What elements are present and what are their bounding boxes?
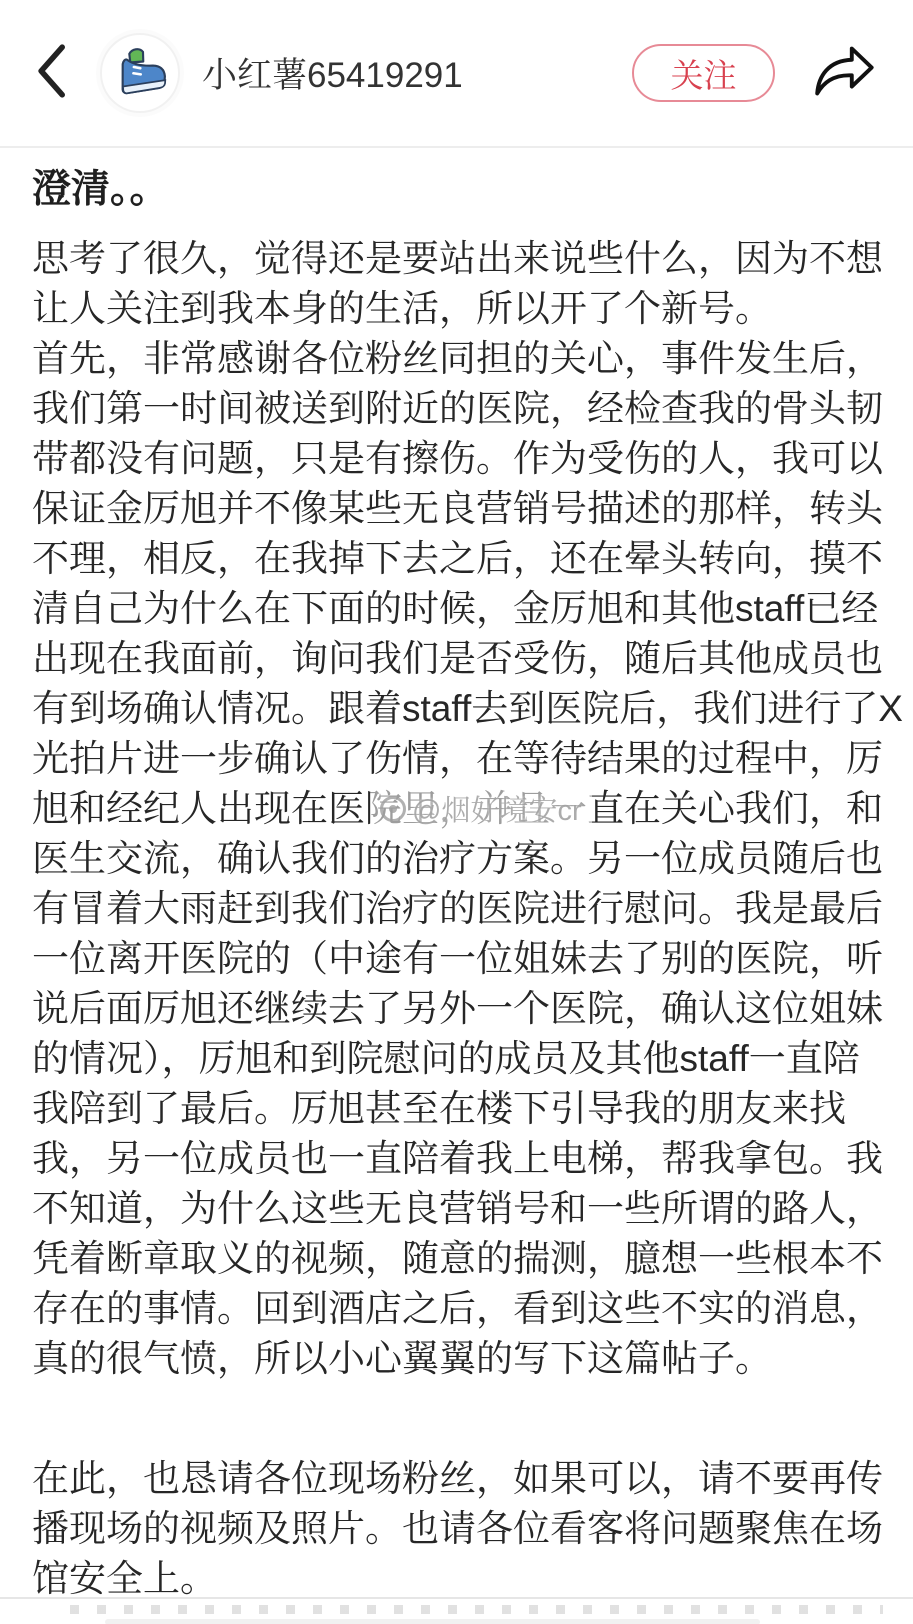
text-line: 保证金厉旭并不像某些无良营销号描述的那样，转头 (32, 484, 881, 534)
back-button[interactable] (34, 43, 78, 103)
text-line: 首先，非常感谢各位粉丝同担的关心，事件发生后， (32, 334, 881, 384)
text-line: 播现场的视频及照片。也请各位看客将问题聚焦在场 (32, 1504, 881, 1554)
sneaker-avatar-icon (109, 40, 171, 107)
text-line: 一位离开医院的（中途有一位姐妹去了别的医院，听 (32, 934, 881, 984)
follow-button[interactable]: 关注 (632, 44, 775, 102)
text-line: 说后面厉旭还继续去了另外一个医院，确认这位姐妹 (32, 984, 881, 1034)
text-line: 让人关注到我本身的生活，所以开了个新号。 (32, 284, 881, 334)
username[interactable]: 小红薯65419291 (202, 48, 463, 98)
text-line: 在此，也恳请各位现场粉丝，如果可以，请不要再传 (32, 1454, 881, 1504)
text-line: 思考了很久，觉得还是要站出来说些什么，因为不想 (32, 234, 881, 284)
text-line: 我，另一位成员也一直陪着我上电梯，帮我拿包。我 (32, 1134, 881, 1184)
chevron-left-icon (34, 43, 68, 104)
text-line: 不理，相反，在我掉下去之后，还在晕头转向，摸不 (32, 534, 881, 584)
post-paragraph-2: 在此，也恳请各位现场粉丝，如果可以，请不要再传 播现场的视频及照片。也请各位看客… (32, 1454, 881, 1604)
text-line: 凭着断章取义的视频，随意的揣测，臆想一些根本不 (32, 1234, 881, 1284)
xiaohongshu-post-page: 小红薯65419291 关注 澄清。。 思考了很久，觉得还是要站出来说些什么，因… (0, 0, 913, 1624)
text-line: 我陪到了最后。厉旭甚至在楼下引导我的朋友来找 (32, 1084, 881, 1134)
watermark: @烟好境安cr (370, 786, 592, 831)
cropped-content-bar (105, 1619, 760, 1624)
weibo-logo-icon (380, 796, 406, 822)
text-line: 不知道，为什么这些无良营销号和一些所谓的路人， (32, 1184, 881, 1234)
text-line: 我们第一时间被送到附近的医院，经检查我的骨头韧 (32, 384, 881, 434)
share-button[interactable] (809, 43, 879, 103)
text-line: 有冒着大雨赶到我们治疗的医院进行慰问。我是最后 (32, 884, 881, 934)
avatar[interactable] (100, 33, 180, 113)
divider (0, 1597, 913, 1599)
text-line: 清自己为什么在下面的时候，金厉旭和其他staff已经 (32, 584, 881, 634)
text-line: 光拍片进一步确认了伤情，在等待结果的过程中，厉 (32, 734, 881, 784)
watermark-text: @烟好境安cr (412, 788, 582, 829)
post-body: 澄清。。 思考了很久，觉得还是要站出来说些什么，因为不想 让人关注到我本身的生活… (0, 150, 913, 1604)
share-arrow-icon (812, 43, 876, 104)
post-title: 澄清。。 (32, 166, 881, 214)
text-line: 存在的事情。回到酒店之后，看到这些不实的消息， (32, 1284, 881, 1334)
text-line: 医生交流，确认我们的治疗方案。另一位成员随后也 (32, 834, 881, 884)
text-line: 出现在我面前，询问我们是否受伤，随后其他成员也 (32, 634, 881, 684)
text-line: 有到场确认情况。跟着staff去到医院后，我们进行了X (32, 684, 881, 734)
text-line: 带都没有问题，只是有擦伤。作为受伤的人，我可以 (32, 434, 881, 484)
cropped-content-dashes (70, 1605, 883, 1614)
post-header: 小红薯65419291 关注 (0, 0, 913, 148)
text-line: 真的很气愤，所以小心翼翼的写下这篇帖子。 (32, 1334, 881, 1384)
text-line: 的情况），厉旭和到院慰问的成员及其他staff一直陪 (32, 1034, 881, 1084)
next-content-edge (0, 1597, 913, 1624)
